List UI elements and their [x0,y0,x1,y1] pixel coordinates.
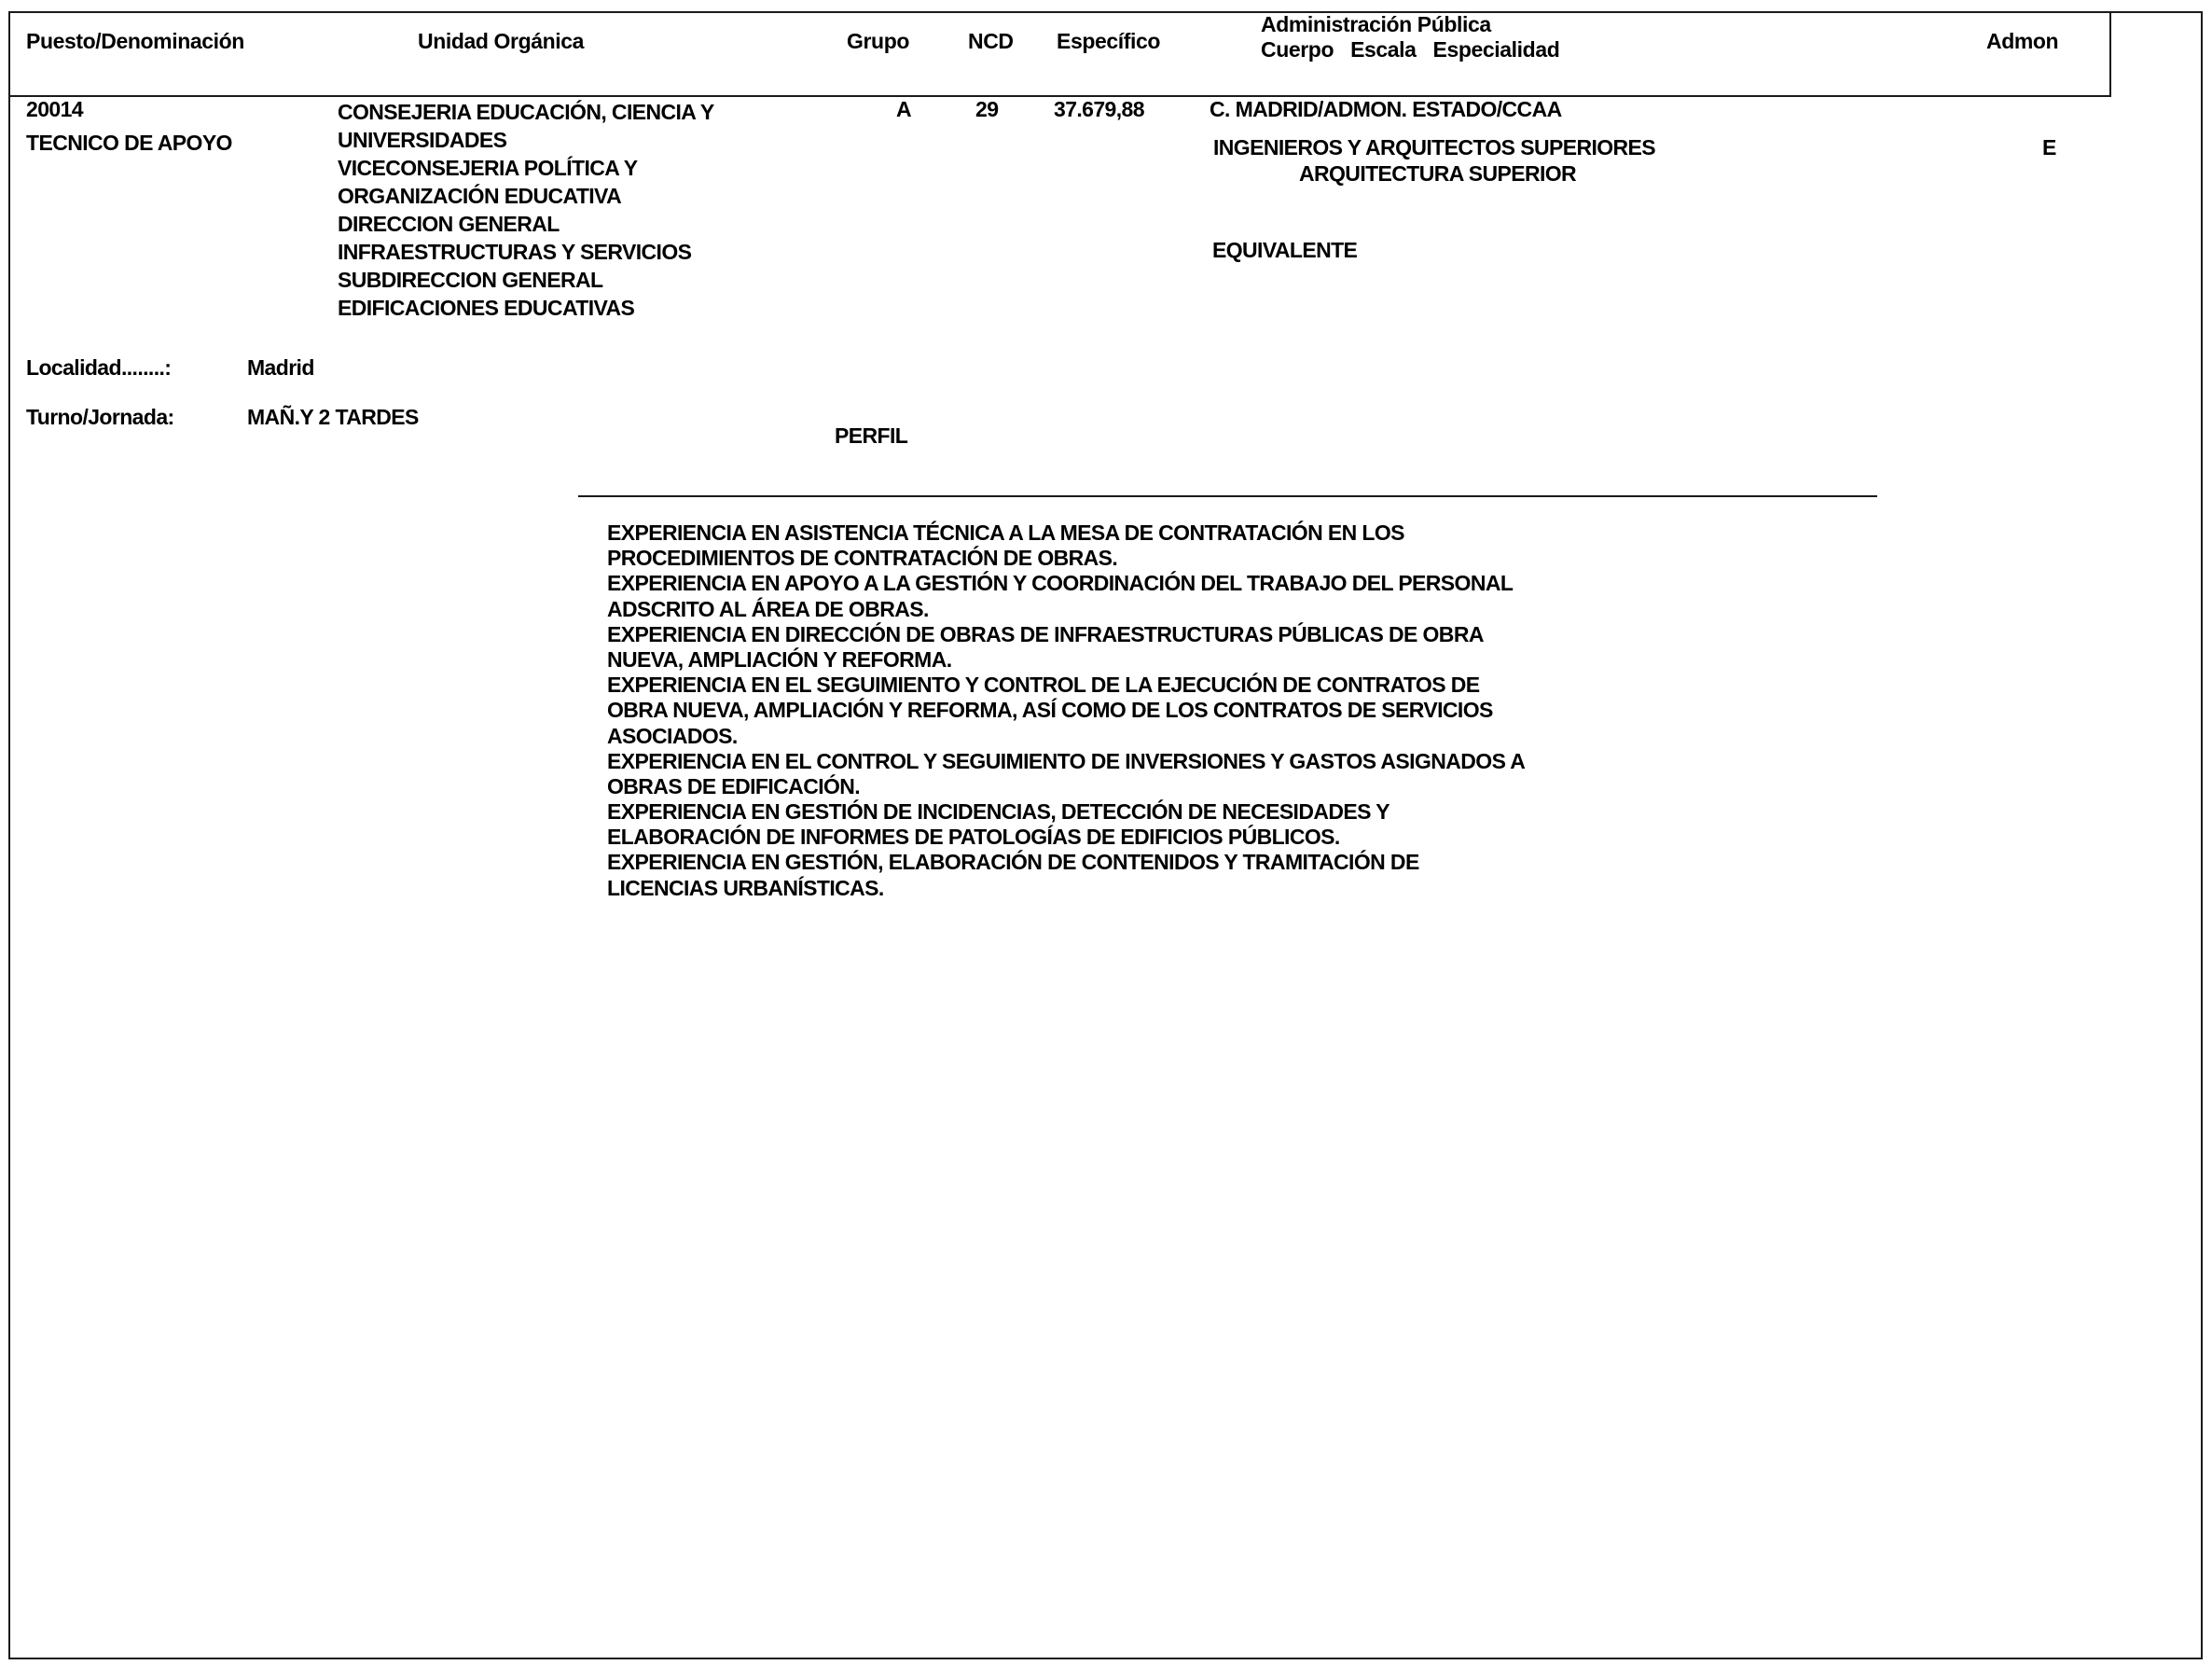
perfil-line: ADSCRITO AL ÁREA DE OBRAS. [607,597,1525,622]
unidad-line: EDIFICACIONES EDUCATIVAS [338,296,714,324]
unidad-line: ORGANIZACIÓN EDUCATIVA [338,184,714,212]
perfil-line: NUEVA, AMPLIACIÓN Y REFORMA. [607,647,1525,673]
unidad-line: UNIVERSIDADES [338,128,714,156]
turno-value: MAÑ.Y 2 TARDES [247,405,419,430]
grupo-value: A [896,97,911,122]
unidad-line: DIRECCION GENERAL [338,212,714,240]
unidad-line: SUBDIRECCION GENERAL [338,268,714,296]
ncd-value: 29 [975,97,998,122]
perfil-line: OBRAS DE EDIFICACIÓN. [607,774,1525,799]
perfil-line: EXPERIENCIA EN EL SEGUIMIENTO Y CONTROL … [607,673,1525,698]
header-puesto: Puesto/Denominación [26,29,244,54]
localidad-value: Madrid [247,355,314,381]
escala-value: EQUIVALENTE [1212,238,1357,263]
perfil-line: ELABORACIÓN DE INFORMES DE PATOLOGÍAS DE… [607,825,1525,850]
administracion-value: C. MADRID/ADMON. ESTADO/CCAA [1210,97,1562,122]
turno-label: Turno/Jornada: [26,405,174,430]
header-administracion-publica: Administración Pública [1261,12,1491,37]
header-cuerpo-escala-especialidad: Cuerpo Escala Especialidad [1261,37,1559,62]
perfil-line: LICENCIAS URBANÍSTICAS. [607,876,1525,901]
perfil-line: EXPERIENCIA EN ASISTENCIA TÉCNICA A LA M… [607,520,1525,546]
header-unidad-organica: Unidad Orgánica [418,29,584,54]
puesto-denominacion: TECNICO DE APOYO [26,131,232,156]
unidad-line: CONSEJERIA EDUCACIÓN, CIENCIA Y [338,100,714,128]
perfil-line: EXPERIENCIA EN GESTIÓN, ELABORACIÓN DE C… [607,850,1525,875]
especifico-value: 37.679,88 [1054,97,1144,122]
cuerpo-value: INGENIEROS Y ARQUITECTOS SUPERIORES [1213,135,1655,160]
header-grupo: Grupo [847,29,909,54]
perfil-line: OBRA NUEVA, AMPLIACIÓN Y REFORMA, ASÍ CO… [607,698,1525,723]
especialidad-value: ARQUITECTURA SUPERIOR [1299,161,1576,187]
puesto-codigo: 20014 [26,97,83,122]
perfil-line: ASOCIADOS. [607,724,1525,749]
perfil-line: EXPERIENCIA EN APOYO A LA GESTIÓN Y COOR… [607,571,1525,596]
perfil-line: EXPERIENCIA EN DIRECCIÓN DE OBRAS DE INF… [607,622,1525,647]
header-box [8,11,2111,97]
perfil-line: EXPERIENCIA EN GESTIÓN DE INCIDENCIAS, D… [607,799,1525,825]
unidad-organica: CONSEJERIA EDUCACIÓN, CIENCIA Y UNIVERSI… [338,100,714,324]
unidad-line: INFRAESTRUCTURAS Y SERVICIOS [338,240,714,268]
localidad-label: Localidad........: [26,355,171,381]
header-ncd: NCD [968,29,1014,54]
admon-value: E [2042,135,2056,160]
perfil-text: EXPERIENCIA EN ASISTENCIA TÉCNICA A LA M… [607,520,1525,901]
unidad-line: VICECONSEJERIA POLÍTICA Y [338,156,714,184]
perfil-line: PROCEDIMIENTOS DE CONTRATACIÓN DE OBRAS. [607,546,1525,571]
perfil-separator [578,495,1877,497]
header-admon: Admon [1986,29,2058,54]
perfil-title: PERFIL [835,423,907,449]
header-especifico: Específico [1057,29,1160,54]
perfil-line: EXPERIENCIA EN EL CONTROL Y SEGUIMIENTO … [607,749,1525,774]
